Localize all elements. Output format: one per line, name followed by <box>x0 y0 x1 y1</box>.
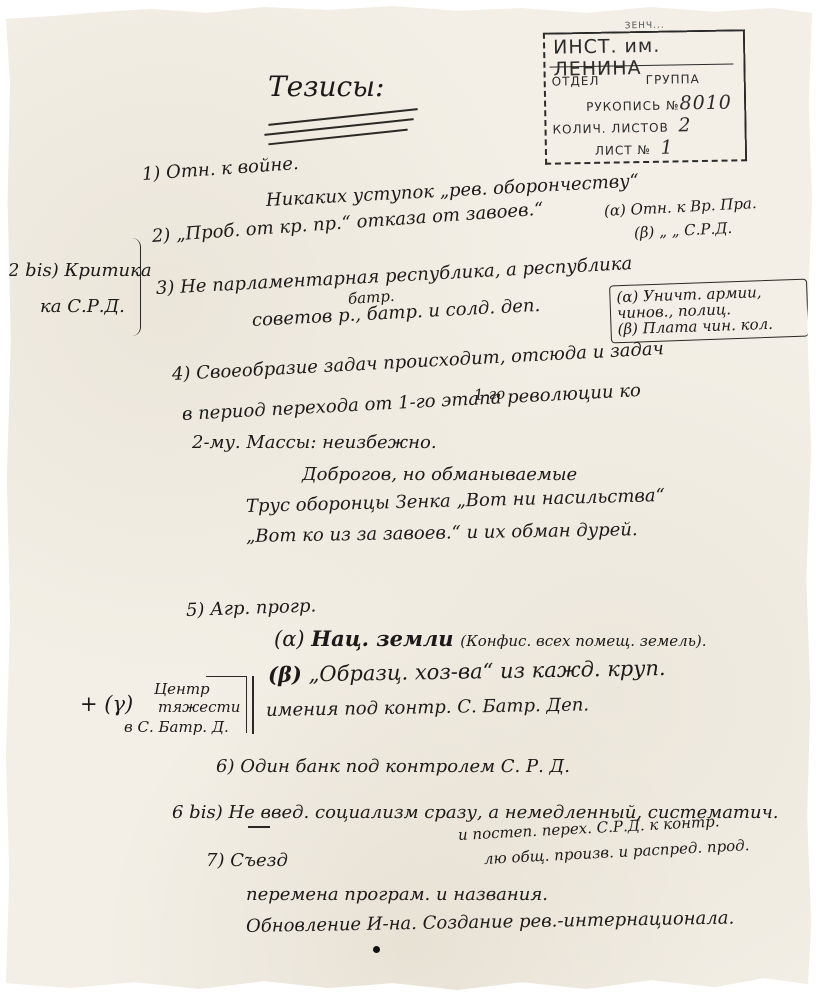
stamp-sheets-count: 2 <box>678 114 691 136</box>
page-title: Тезисы: <box>268 70 384 103</box>
manuscript-page: ЗЕНЧ... ИНСТ. им. ЛЕНИНА ОТДЕЛ ГРУППА РУ… <box>6 4 812 994</box>
item-5-beta-continuation: имения под контр. С. Батр. Деп. <box>266 694 589 721</box>
stamp-sheet-number: 1 <box>660 137 673 159</box>
archive-stamp: ЗЕНЧ... ИНСТ. им. ЛЕНИНА ОТДЕЛ ГРУППА РУ… <box>543 29 747 165</box>
stamp-department: ОТДЕЛ <box>552 74 600 89</box>
item-5-beta: (β) „Образц. хоз-ва“ из кажд. круп. <box>268 655 666 687</box>
margin-note-2bis-line-2: ка С.Р.Д. <box>40 296 125 317</box>
item-3-boxed-note: (α) Уничт. армии, чинов., полиц. (β) Пла… <box>609 279 809 344</box>
title-underline-1 <box>268 108 417 125</box>
item-4-sub-line-1: Доброгов, но обманываемые <box>302 464 577 485</box>
item-6bis-insert-2: лю общ. произв. и распред. прод. <box>484 836 750 868</box>
gamma-bracket <box>206 676 247 733</box>
item-6: 6) Один банк под контролем С. Р. Д. <box>216 756 570 777</box>
item-2-side-note-alpha: (α) Отн. к Вр. Пра. <box>604 194 758 220</box>
ink-dot <box>373 946 380 953</box>
item-7-line-2: перемена програм. и названия. <box>246 884 548 905</box>
gamma-note-line-1: Центр <box>154 680 210 698</box>
title-underline-2 <box>264 118 413 135</box>
item-4-sub-line-2: Трус оборонцы Зенка „Вот ни насильства“ <box>246 485 665 517</box>
item-1-heading: 1) Отн. к войне. <box>141 153 299 185</box>
stamp-top-text: ЗЕНЧ... <box>625 21 665 32</box>
stamp-manuscript-label: РУКОПИСЬ № <box>586 98 680 114</box>
stamp-manuscript-row: РУКОПИСЬ №8010 <box>586 91 732 116</box>
stamp-sheets-label: КОЛИЧ. ЛИСТОВ <box>552 121 668 137</box>
item-5-heading: 5) Агр. прогр. <box>186 595 317 621</box>
gamma-plus-marker: + (γ) <box>80 692 133 716</box>
stamp-group: ГРУППА <box>646 72 700 87</box>
stamp-sheet-label: ЛИСТ № <box>595 143 651 158</box>
item-4-line-3: 2-му. Массы: неизбежно. <box>192 432 437 453</box>
stamp-manuscript-number: 8010 <box>679 91 732 114</box>
margin-bracket <box>132 238 141 336</box>
item-7-heading: 7) Съезд <box>206 850 288 871</box>
gamma-bracket-double <box>252 676 254 734</box>
margin-note-2bis-line-1: 2 bis) Критика <box>8 260 152 281</box>
item-2-side-note-beta: (β) „ „ С.Р.Д. <box>634 219 733 242</box>
item-4-line-2: в период перехода от 1-го этапа революци… <box>181 380 641 425</box>
stamp-sheets-row: КОЛИЧ. ЛИСТОВ 2 <box>552 114 691 138</box>
item-6bis-underline <box>248 826 270 828</box>
item-3-line-2: советов р., батр. и солд. деп. <box>251 295 540 331</box>
item-4-sub-line-3: „Вот ко из за завоев.“ и их обман дурей. <box>246 519 638 547</box>
item-4-heading: 4) Своеобразие задач происходит, отсюда … <box>171 338 664 385</box>
stamp-sheet-row: ЛИСТ № 1 <box>595 137 674 160</box>
item-5-alpha: (α) Нац. земли (Конфис. всех помещ. земе… <box>274 626 706 651</box>
item-7-line-3: Обновление И-на. Создание рев.-интернаци… <box>246 907 735 937</box>
